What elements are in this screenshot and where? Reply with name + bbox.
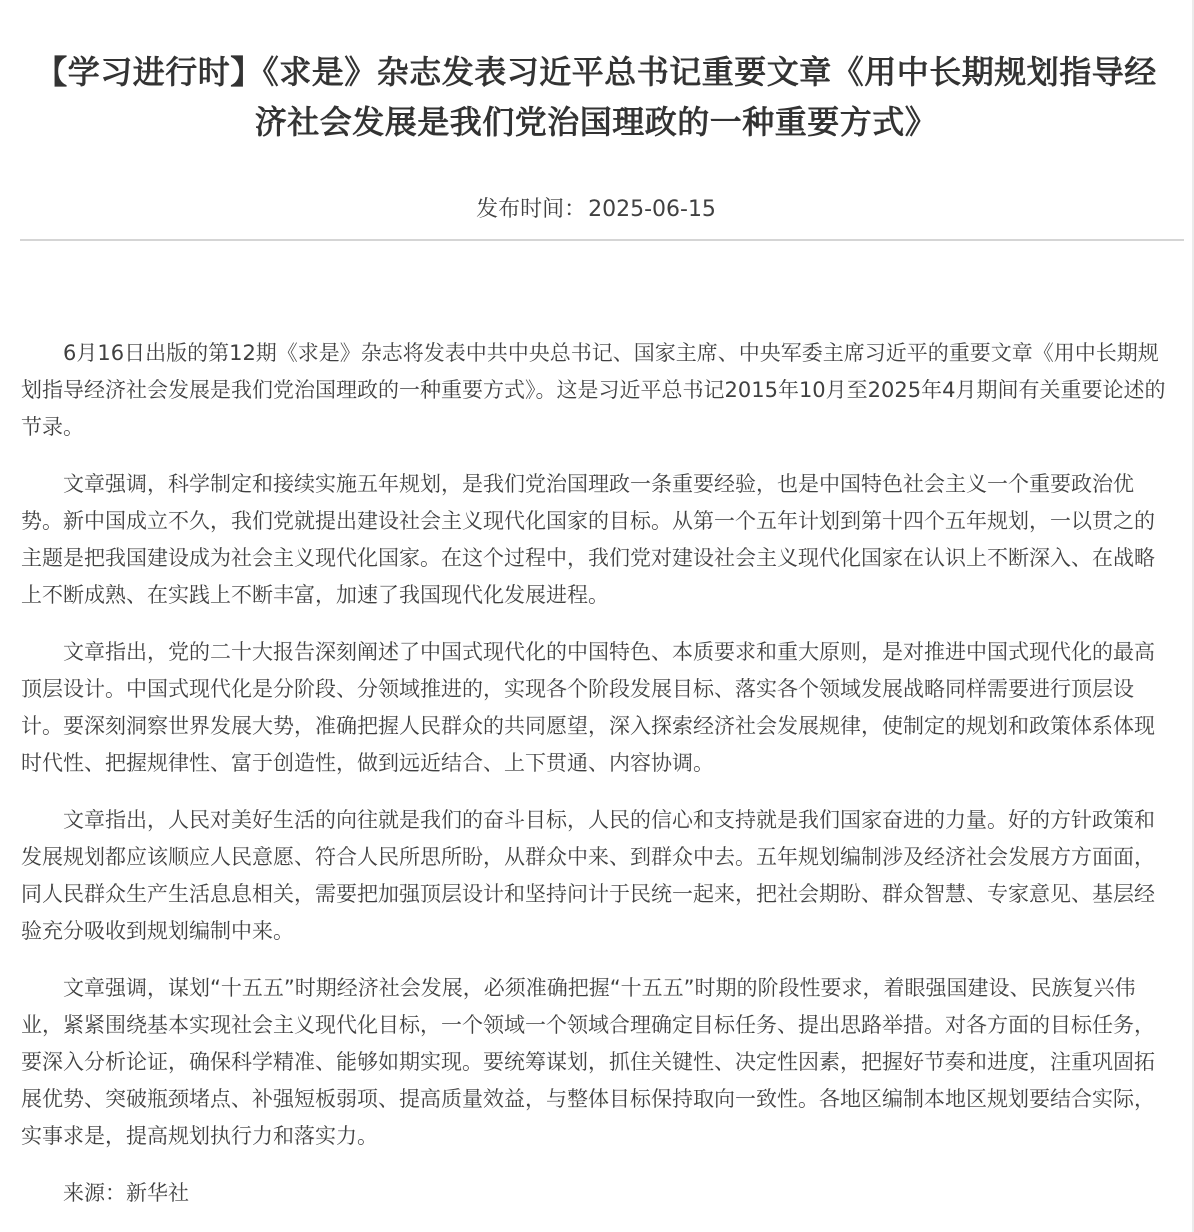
- article-paragraph-5: 文章强调，谋划“十五五”时期经济社会发展，必须准确把握“十五五”时期的阶段性要求…: [21, 970, 1174, 1155]
- article-header: 【学习进行时】《求是》杂志发表习近平总书记重要文章《用中长期规划指导经济社会发展…: [0, 0, 1192, 225]
- article-title: 【学习进行时】《求是》杂志发表习近平总书记重要文章《用中长期规划指导经济社会发展…: [25, 47, 1167, 147]
- publish-date-label: 发布时间：: [476, 197, 586, 222]
- article-page: 【学习进行时】《求是》杂志发表习近平总书记重要文章《用中长期规划指导经济社会发展…: [0, 0, 1194, 1232]
- article-body: 6月16日出版的第12期《求是》杂志将发表中共中央总书记、国家主席、中央军委主席…: [0, 241, 1192, 1212]
- publish-date-line: 发布时间：2025-06-15: [0, 195, 1192, 225]
- article-paragraph-2: 文章强调，科学制定和接续实施五年规划，是我们党治国理政一条重要经验，也是中国特色…: [21, 466, 1174, 614]
- article-source: 来源：新华社: [21, 1175, 1174, 1212]
- article-paragraph-3: 文章指出，党的二十大报告深刻阐述了中国式现代化的中国特色、本质要求和重大原则，是…: [21, 634, 1174, 782]
- publish-date-value: 2025-06-15: [588, 197, 716, 222]
- article-paragraph-4: 文章指出，人民对美好生活的向往就是我们的奋斗目标，人民的信心和支持就是我们国家奋…: [21, 802, 1174, 950]
- article-paragraph-1: 6月16日出版的第12期《求是》杂志将发表中共中央总书记、国家主席、中央军委主席…: [21, 335, 1174, 446]
